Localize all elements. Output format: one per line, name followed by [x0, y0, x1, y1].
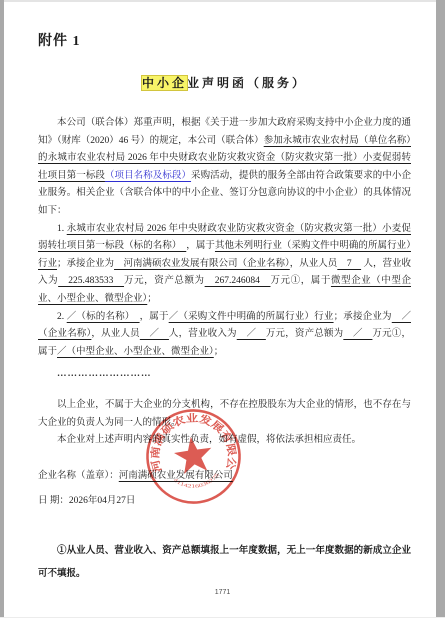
title-rest-text: 业声明函（服务）: [187, 76, 307, 90]
text-segment: 本企业对上述声明内容的真实性负责，如有虚假，将依法承担相应责任。: [57, 435, 361, 445]
text-segment: （项目名称及标段）: [105, 171, 191, 181]
company-name-value: 河南满硕农业发展有限公司: [119, 471, 233, 481]
paragraph: 1. 永城市农业农村局 2026 年中央财政农业防灾救灾资金（防灾救灾第一批）小…: [38, 221, 411, 309]
text-segment: ………………………: [57, 369, 152, 379]
text-segment: 河南满硕农业发展有限公司（企业名称）: [114, 259, 290, 269]
text-segment: 以上企业，不属于大企业的分支机构，不存在控股股东为大企业的情形，也不存在与大企业…: [38, 400, 411, 428]
paragraph: ………………………: [38, 366, 411, 384]
page-number: 1771: [0, 589, 445, 596]
text-segment: ，从业人员: [91, 329, 139, 339]
date-line: 日 期：2026年04月27日: [38, 492, 411, 510]
footnote: ①从业人员、营业收入、资产总额填报上一年度数据，无上一年度数据的新成立企业可不填…: [38, 540, 411, 586]
text-segment: ／: [237, 329, 266, 339]
text-segment: ／: [343, 329, 372, 339]
text-segment: ；: [147, 294, 157, 304]
text-segment: ／: [140, 329, 169, 339]
attachment-label: 附件 1: [38, 32, 411, 52]
document-page: 附件 1 中小企业声明函（服务） 本公司（联合体）郑重声明，根据《关于进一步加大…: [0, 0, 445, 618]
text-segment: 267.246084: [205, 276, 271, 286]
text-segment: 2.: [57, 312, 67, 322]
document-body: 本公司（联合体）郑重声明，根据《关于进一步加大政府采购支持中小企业力度的通知》（…: [38, 115, 411, 450]
document-title: 中小企业声明函（服务）: [38, 74, 411, 91]
text-segment: ／（采购文件中明确的所属行业）行业: [169, 312, 334, 322]
text-segment: 万元①，属于: [270, 276, 330, 286]
text-segment: 人，营业收入为: [169, 329, 237, 339]
page-edge-left: [0, 0, 4, 618]
paragraph: 本公司（联合体）郑重声明，根据《关于进一步加大政府采购支持中小企业力度的通知》（…: [38, 115, 411, 221]
page-edge-top: [0, 0, 445, 2]
title-highlighted-text: 中小企: [142, 76, 187, 90]
company-name-label: 企业名称（盖章）：: [38, 471, 119, 481]
text-segment: ，从业人员: [290, 259, 338, 269]
text-segment: ；: [214, 347, 224, 357]
text-segment: 万元，资产总额为: [266, 329, 344, 339]
page-content: 附件 1 中小企业声明函（服务） 本公司（联合体）郑重声明，根据《关于进一步加大…: [38, 32, 411, 595]
company-name-line: 企业名称（盖章）：河南满硕农业发展有限公司: [38, 467, 411, 485]
text-segment: ，属于: [186, 241, 215, 251]
text-segment: 7: [337, 259, 361, 269]
text-segment: ，属于: [140, 312, 169, 322]
page-edge-right: [436, 0, 445, 618]
text-segment: ／（标的名称）: [67, 312, 140, 322]
paragraph: 2. ／（标的名称） ，属于／（采购文件中明确的所属行业）行业；承接企业为 ／（…: [38, 309, 411, 362]
text-segment: ；承接企业为: [57, 259, 114, 269]
date-value: 2026年04月27日: [69, 496, 136, 506]
text-segment: 1.: [57, 224, 67, 234]
date-label: 日 期：: [38, 496, 69, 506]
text-segment: 万元，资产总额为: [124, 276, 205, 286]
text-segment: 225.483533: [58, 276, 124, 286]
text-segment: ；承接企业为: [334, 312, 392, 322]
paragraph: 本企业对上述声明内容的真实性负责，如有虚假，将依法承担相应责任。: [38, 432, 411, 450]
signature-block: 企业名称（盖章）：河南满硕农业发展有限公司 日 期：2026年04月27日: [38, 467, 411, 510]
text-segment: ／（中型企业、小型企业、微型企业）: [57, 347, 214, 357]
paragraph: 以上企业，不属于大企业的分支机构，不存在控股股东为大企业的情形，也不存在与大企业…: [38, 397, 411, 432]
